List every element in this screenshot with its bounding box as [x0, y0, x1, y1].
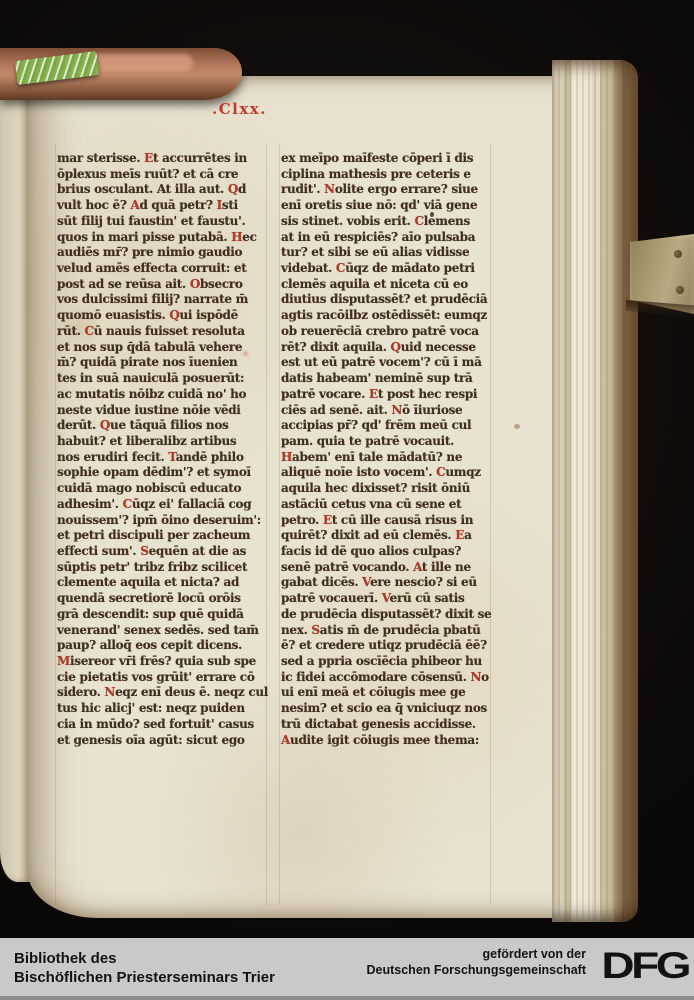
clasp-rivet — [676, 286, 684, 294]
manuscript-line: aliquē noīe isto vocem'. Cumqz — [281, 465, 493, 481]
manuscript-line: paup? alloq̄ eos cepit dicens. — [57, 638, 269, 654]
ink-spot — [430, 212, 434, 217]
manuscript-line: clemēs aquila et niceta cū eo — [281, 277, 493, 293]
manuscript-line: nesim? et scio ea q̄ vniciuqz nos — [281, 701, 493, 717]
manuscript-line: sophie opam dēdim'? et symoī — [57, 465, 269, 481]
manuscript-line: et petri discipuli per zacheum — [57, 528, 269, 544]
manuscript-line: velud amēs effecta corruit: et — [57, 261, 269, 277]
dfg-logo: DFG — [601, 947, 688, 984]
manuscript-line: ōplexus meīs ruūt? et cā cre — [57, 167, 269, 183]
manuscript-line: tes in suā nauiculā posuerūt: — [57, 371, 269, 387]
text-column-right: ex meīpo maīfeste cōperi ī disciplina ma… — [281, 151, 493, 748]
manuscript-line: vos dulcissimi filij? narrate m̄ — [57, 292, 269, 308]
manuscript-line: gabat dicēs. Vere nescio? si eū — [281, 575, 493, 591]
manuscript-line: quomō euasistis. Qui ispōdē — [57, 308, 269, 324]
manuscript-line: effecti sum'. Sequēn at die as — [57, 544, 269, 560]
manuscript-line: rēt? dixit aquila. Quid necesse — [281, 340, 493, 356]
manuscript-line: Misereor vr̄i frēs? quia sub spe — [57, 654, 269, 670]
manuscript-line: videbat. Cūqz de mādato petri — [281, 261, 493, 277]
manuscript-line: ciēs ad senē. ait. Nō īiuriose — [281, 403, 493, 419]
manuscript-line: nex. Satis m̄ de prudēcia pbatū — [281, 623, 493, 639]
manuscript-line: sūptis petr' tribz fribz scilicet — [57, 560, 269, 576]
manuscript-line: ob reuerēciā crebro patrē voca — [281, 324, 493, 340]
manuscript-line: agtis racōilbz ostēdissēt: eumqz — [281, 308, 493, 324]
page-stack-streaks — [552, 60, 638, 922]
manuscript-line: post ad se reūsa ait. Obsecro — [57, 277, 269, 293]
page-stack-fore-edge — [552, 60, 638, 922]
manuscript-line: accipias pr̄? qd' frēm meū cul — [281, 418, 493, 434]
library-name-line1: Bibliothek des — [14, 949, 275, 968]
manuscript-line: at in eū respiciēs? aīo pulsaba — [281, 230, 493, 246]
text-column-left: mar sterisse. Et accurrētes inōplexus me… — [57, 151, 269, 748]
manuscript-line: astāciū cetus vna cū sene et — [281, 497, 493, 513]
footer-bottom-edge — [0, 996, 694, 1000]
manuscript-line: habuit? et liberalibz artibus — [57, 434, 269, 450]
manuscript-line: grā descendit: sup quē quidā — [57, 607, 269, 623]
manuscript-line: ciplina mathesis pre ceteris e — [281, 167, 493, 183]
manuscript-line: patrē vocauerī. Verū cū satis — [281, 591, 493, 607]
manuscript-line: quos in mari pisse putabā. Hec — [57, 230, 269, 246]
manuscript-line: derūt. Que tāquā filios nos — [57, 418, 269, 434]
clasp-rivet — [674, 250, 682, 258]
manuscript-line: petro. Et cū ille causā risus in — [281, 513, 493, 529]
funding-credit-line2: Deutschen Forschungsgemeinschaft — [367, 963, 587, 979]
manuscript-line: datis habeam' neminē sup trā — [281, 371, 493, 387]
manuscript-line: rudit'. Nolite ergo errare? siue — [281, 182, 493, 198]
manuscript-line: Audite igit cōiugis mee thema: — [281, 733, 493, 749]
book-photo: .Clxx. mar sterisse. Et accurrētes inōpl… — [0, 0, 694, 938]
red-smudge — [241, 350, 250, 357]
manuscript-line: vult hoc ē? Ad quā petr? Isti — [57, 198, 269, 214]
manuscript-line: sed a ppria oscīēcia phibeor hu — [281, 654, 493, 670]
manuscript-line: ic fidei accōmodare cōsensū. No — [281, 670, 493, 686]
manuscript-line: venerand' senex sedēs. sed tam̄ — [57, 623, 269, 639]
manuscript-line: sis stinet. vobis erit. Clemens — [281, 214, 493, 230]
funding-credit-line1: gefördert von der — [367, 947, 587, 963]
manuscript-line: quirēt? dixit ad eū clemēs. Ea — [281, 528, 493, 544]
ruling-line — [279, 143, 280, 905]
manuscript-line: cia in mūdo? sed fortuit' casus — [57, 717, 269, 733]
manuscript-line: ac mutatis nōibz cuidā no' ho — [57, 387, 269, 403]
manuscript-line: neste vidue iustine nōie vēdi — [57, 403, 269, 419]
manuscript-line: aquila hec dixisset? risit ōniū — [281, 481, 493, 497]
manuscript-line: tur? et sibi se eū alias vidisse — [281, 245, 493, 261]
manuscript-line: tus hic alicj' est: neqz puiden — [57, 701, 269, 717]
manuscript-line: audiēs mr̄? pre nimio gaudio — [57, 245, 269, 261]
folio-number: .Clxx. — [212, 100, 267, 118]
manuscript-line: sidero. Neqz enī deus ē. neqz cul — [57, 685, 269, 701]
manuscript-line: m̄? quidā pirate nos īuenien — [57, 355, 269, 371]
manuscript-line: de prudēcia disputassēt? dixit se — [281, 607, 493, 623]
manuscript-line: clemente aquila et nicta? ad — [57, 575, 269, 591]
manuscript-line: sūt filij tui faustin' et faustu'. — [57, 214, 269, 230]
manuscript-line: brius osculant. At illa aut. Qd — [57, 182, 269, 198]
manuscript-line: et genesis oīa agūt: sicut ego — [57, 733, 269, 749]
manuscript-line: adhesim'. Cūqz ei' fallaciā cog — [57, 497, 269, 513]
manuscript-line: pam. quia te patrē vocauit. — [281, 434, 493, 450]
manuscript-scan-viewer: .Clxx. mar sterisse. Et accurrētes inōpl… — [0, 0, 694, 1000]
manuscript-line: ui enī meā et cōiugis mee ge — [281, 685, 493, 701]
manuscript-line: rūt. Cū nauis fuisset resoluta — [57, 324, 269, 340]
manuscript-line: nos erudiri fecit. Tandē philo — [57, 450, 269, 466]
manuscript-line: diutius disputassēt? et prudēciā — [281, 292, 493, 308]
manuscript-line: quendā secretiorē locū orōis — [57, 591, 269, 607]
manuscript-line: facis id dē quo alios culpas? — [281, 544, 493, 560]
manuscript-line: Habem' enī tale mādatū? ne — [281, 450, 493, 466]
manuscript-line: ex meīpo maīfeste cōperi ī dis — [281, 151, 493, 167]
manuscript-line: ē? et credere utiqz prudēciā ēē? — [281, 638, 493, 654]
manuscript-line: et nos sup q̄dā tabulā vehere — [57, 340, 269, 356]
manuscript-line: nouissem'? ipm̄ ōino deseruim': — [57, 513, 269, 529]
library-name-line2: Bischöflichen Priesterseminars Trier — [14, 968, 275, 987]
manuscript-line: mar sterisse. Et accurrētes in — [57, 151, 269, 167]
manuscript-line: est ut eū patrē vocem'? cū ī mā — [281, 355, 493, 371]
manuscript-line: trū dictabat genesis accidisse. — [281, 717, 493, 733]
library-name: Bibliothek des Bischöflichen Priestersem… — [14, 949, 275, 987]
funding-credit: gefördert von der Deutschen Forschungsge… — [367, 947, 587, 978]
manuscript-line: patrē vocare. Et post hec respi — [281, 387, 493, 403]
footer-banner: Bibliothek des Bischöflichen Priestersem… — [0, 938, 694, 1000]
manuscript-line: senē patrē vocando. At ille ne — [281, 560, 493, 576]
ruling-line — [55, 143, 56, 905]
brown-spot — [514, 424, 520, 429]
manuscript-line: cie pietatis vos grūit' errare cō — [57, 670, 269, 686]
manuscript-line: enī oretis siue nō: qd' viā gene — [281, 198, 493, 214]
manuscript-line: cuidā mago nobiscū educato — [57, 481, 269, 497]
